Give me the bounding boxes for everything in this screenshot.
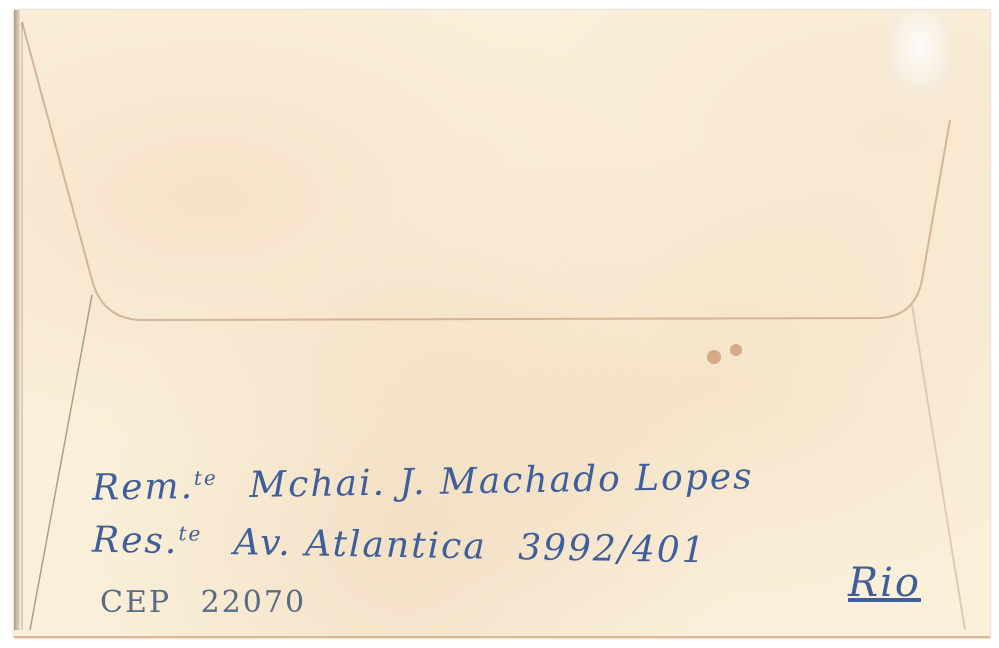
- stain-spot: [707, 350, 721, 364]
- residence-label: Res.: [92, 520, 179, 563]
- postal-code-label: CEP: [100, 585, 171, 620]
- street-number: 3992/401: [518, 527, 707, 571]
- city: Rio: [848, 560, 921, 606]
- postal-code-line: CEP 22070: [100, 585, 306, 620]
- postal-code: 22070: [201, 585, 306, 620]
- sender-label: Rem.: [92, 466, 195, 509]
- residence-label-suffix: te: [178, 521, 202, 545]
- stain-spot: [730, 344, 742, 356]
- sender-label-suffix: te: [194, 466, 218, 490]
- torn-corner: [880, 12, 960, 102]
- street-name: Av. Atlantica: [233, 522, 487, 567]
